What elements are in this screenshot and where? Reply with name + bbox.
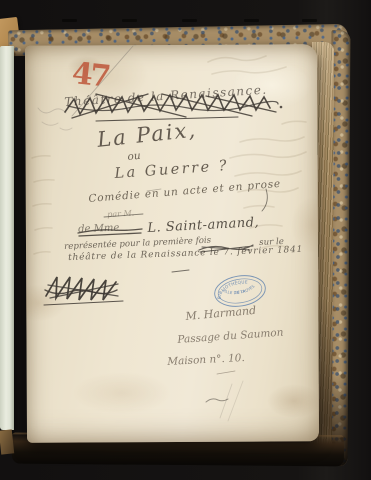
background-dash — [62, 19, 77, 22]
background-dash — [244, 19, 259, 22]
background-dash — [302, 19, 317, 22]
manuscript-photo: 47 Théâtre de la Renaissance. La Paix, o… — [0, 0, 371, 480]
red-folio-number: 47 — [70, 56, 109, 95]
title-line-2: ou — [127, 150, 141, 163]
struck-byline-name: de Mme — [78, 223, 119, 235]
struck-byline-prefix: par M. — [107, 209, 134, 219]
background-dash — [182, 19, 197, 22]
background-dash — [122, 19, 137, 22]
